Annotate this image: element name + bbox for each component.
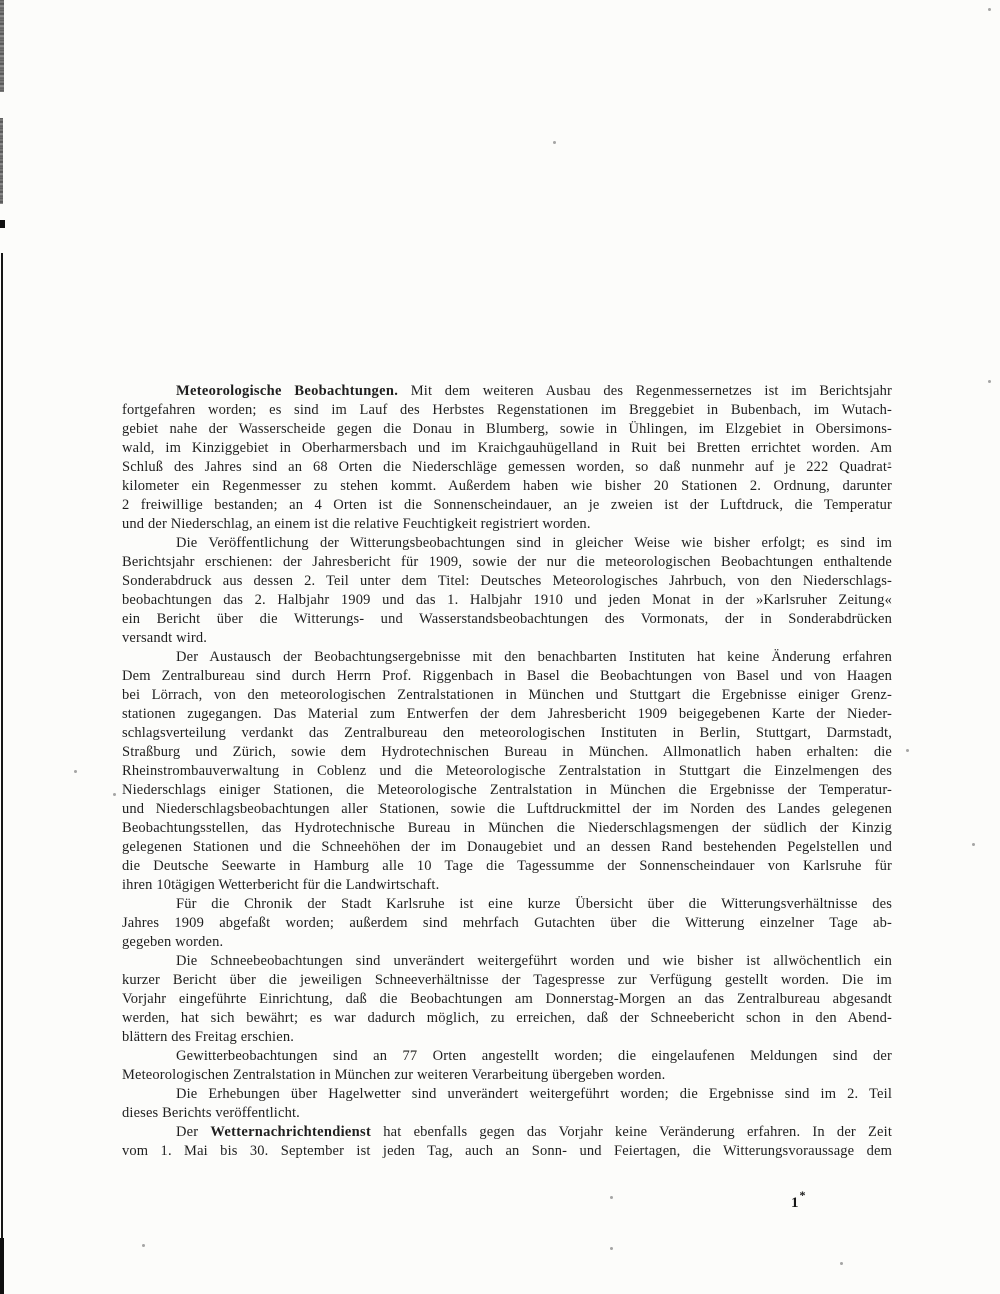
dust-speck-artifact xyxy=(988,380,991,383)
text-segment: Der xyxy=(176,1124,210,1140)
text-line: Gewitterbeobachtungen sind an 77 Orten a… xyxy=(122,1047,892,1066)
text-segment: Sonderabdruck aus dessen 2. Teil unter d… xyxy=(122,573,892,589)
text-segment: Berichtsjahr erschienen: der Jahresberic… xyxy=(122,554,892,570)
dust-speck-artifact xyxy=(610,1196,613,1199)
text-segment: blättern des Freitag erschien. xyxy=(122,1029,294,1045)
text-segment: und Niederschlagsbeobachtungen aller Sta… xyxy=(122,801,892,817)
text-line: schlagsverteilung verdankt das Zentralbu… xyxy=(122,724,892,743)
dust-speck-artifact xyxy=(840,1262,843,1265)
text-line: kurzer Bericht über die jeweiligen Schne… xyxy=(122,971,892,990)
paragraph: Der Wetternachrichtendienst hat ebenfall… xyxy=(122,1123,892,1161)
text-line: ihren 10tägigen Wetterbericht für die La… xyxy=(122,876,892,895)
text-line: Jahres 1909 abgefaßt worden; außerdem si… xyxy=(122,914,892,933)
text-line: Niederschlags einiger Stationen, die Met… xyxy=(122,781,892,800)
text-segment: Der Austausch der Beobachtungsergebnisse… xyxy=(176,649,892,665)
text-segment: gegeben worden. xyxy=(122,934,223,950)
binding-edge-artifact xyxy=(0,220,5,228)
text-segment: fortgefahren worden; es sind im Lauf des… xyxy=(122,402,892,418)
text-segment: gebiet nahe der Wasserscheide gegen die … xyxy=(122,421,892,437)
text-line: Für die Chronik der Stadt Karlsruhe ist … xyxy=(122,895,892,914)
text-segment: hat ebenfalls gegen das Vorjahr keine Ve… xyxy=(371,1124,892,1140)
text-line: Meteorologischen Zentralstation in Münch… xyxy=(122,1066,892,1085)
paragraph: Der Austausch der Beobachtungsergebnisse… xyxy=(122,648,892,895)
dust-speck-artifact xyxy=(972,843,975,846)
binding-edge-artifact xyxy=(0,1238,4,1294)
text-line: Meteorologische Beobachtungen. Mit dem w… xyxy=(122,382,892,401)
text-line: gelegenen Stationen und die Schneehöhen … xyxy=(122,838,892,857)
text-segment: dieses Berichts veröffentlicht. xyxy=(122,1105,300,1121)
text-segment: Beobachtungsstellen, das Hydrotechnische… xyxy=(122,820,892,836)
text-segment: Vorjahr eingeführte Einrichtung, daß die… xyxy=(122,991,892,1007)
text-line: und Niederschlagsbeobachtungen aller Sta… xyxy=(122,800,892,819)
text-line: gebiet nahe der Wasserscheide gegen die … xyxy=(122,420,892,439)
text-line: und der Niederschlag, an einem ist die r… xyxy=(122,515,892,534)
binding-edge-artifact xyxy=(0,118,3,204)
dust-speck-artifact xyxy=(74,770,77,773)
text-line: wald, im Kinziggebiet in Oberharmersbach… xyxy=(122,439,892,458)
text-line: Rheinstrombauverwaltung in Coblenz und d… xyxy=(122,762,892,781)
text-line: Schluß des Jahres sind an 68 Orten die N… xyxy=(122,458,892,477)
signature-mark: 1* xyxy=(791,1190,805,1212)
text-line: Der Wetternachrichtendienst hat ebenfall… xyxy=(122,1123,892,1142)
text-segment: vom 1. Mai bis 30. September ist jeden T… xyxy=(122,1143,892,1159)
text-line: bei Lörrach, von den meteorologischen Ze… xyxy=(122,686,892,705)
text-segment: werden, hat sich bewährt; es war dadurch… xyxy=(122,1010,892,1026)
text-segment: kurzer Bericht über die jeweiligen Schne… xyxy=(122,972,892,988)
text-line: vom 1. Mai bis 30. September ist jeden T… xyxy=(122,1142,892,1161)
paragraph: Gewitterbeobachtungen sind an 77 Orten a… xyxy=(122,1047,892,1085)
text-segment: und der Niederschlag, an einem ist die r… xyxy=(122,516,591,532)
text-line: gegeben worden. xyxy=(122,933,892,952)
text-segment: Schluß des Jahres sind an 68 Orten die N… xyxy=(122,459,892,475)
text-line: Vorjahr eingeführte Einrichtung, daß die… xyxy=(122,990,892,1009)
text-segment: versandt wird. xyxy=(122,630,207,646)
text-segment: Mit dem weiteren Ausbau des Regenmessern… xyxy=(398,383,892,399)
text-segment: Meteorologischen Zentralstation in Münch… xyxy=(122,1067,665,1083)
text-segment: Rheinstrombauverwaltung in Coblenz und d… xyxy=(122,763,892,779)
text-segment: Die Erhebungen über Hagelwetter sind unv… xyxy=(176,1086,892,1102)
text-line: kilometer ein Regenmesser zu stehen komm… xyxy=(122,477,892,496)
text-segment: stationen zugegangen. Das Material zum E… xyxy=(122,706,892,722)
text-segment: ein Bericht über die Witterungs- und Was… xyxy=(122,611,892,627)
scanned-document-page: Meteorologische Beobachtungen. Mit dem w… xyxy=(0,0,1000,1294)
text-segment: die Deutsche Seewarte in Hamburg alle 10… xyxy=(122,858,892,874)
dust-speck-artifact xyxy=(142,1244,145,1247)
text-segment: Dem Zentralbureau sind durch Herrn Prof.… xyxy=(122,668,892,684)
paragraph: Die Veröffentlichung der Witterungsbeoba… xyxy=(122,534,892,648)
text-line: versandt wird. xyxy=(122,629,892,648)
text-segment: 2 freiwillige bestanden; an 4 Orten ist … xyxy=(122,497,892,513)
dust-speck-artifact xyxy=(553,141,556,144)
text-line: ein Bericht über die Witterungs- und Was… xyxy=(122,610,892,629)
dust-speck-artifact xyxy=(113,793,116,796)
text-line: Berichtsjahr erschienen: der Jahresberic… xyxy=(122,553,892,572)
text-line: Die Schneebeobachtungen sind unverändert… xyxy=(122,952,892,971)
text-segment: Gewitterbeobachtungen sind an 77 Orten a… xyxy=(176,1048,892,1064)
paragraph: Für die Chronik der Stadt Karlsruhe ist … xyxy=(122,895,892,952)
text-line: stationen zugegangen. Das Material zum E… xyxy=(122,705,892,724)
text-segment: Straßburg und Zürich, sowie dem Hydrotec… xyxy=(122,744,892,760)
signature-star-icon: * xyxy=(800,1188,806,1202)
text-segment: Niederschlags einiger Stationen, die Met… xyxy=(122,782,892,798)
text-segment: Die Schneebeobachtungen sind unverändert… xyxy=(176,953,892,969)
text-segment: ihren 10tägigen Wetterbericht für die La… xyxy=(122,877,439,893)
binding-edge-artifact xyxy=(0,0,4,92)
text-line: Der Austausch der Beobachtungsergebnisse… xyxy=(122,648,892,667)
text-line: die Deutsche Seewarte in Hamburg alle 10… xyxy=(122,857,892,876)
bold-text-segment: Wetternachrichtendienst xyxy=(210,1124,371,1140)
binding-edge-artifact xyxy=(1,253,3,1240)
paragraph: Meteorologische Beobachtungen. Mit dem w… xyxy=(122,382,892,534)
text-line: Beobachtungsstellen, das Hydrotechnische… xyxy=(122,819,892,838)
text-segment: schlagsverteilung verdankt das Zentralbu… xyxy=(122,725,892,741)
text-line: werden, hat sich bewährt; es war dadurch… xyxy=(122,1009,892,1028)
text-line: blättern des Freitag erschien. xyxy=(122,1028,892,1047)
text-segment: kilometer ein Regenmesser zu stehen komm… xyxy=(122,478,892,494)
text-segment: beobachtungen das 2. Halbjahr 1909 und d… xyxy=(122,592,892,608)
text-segment: bei Lörrach, von den meteorologischen Ze… xyxy=(122,687,892,703)
dust-speck-artifact xyxy=(610,1247,613,1250)
dust-speck-artifact xyxy=(906,749,909,752)
text-line: Dem Zentralbureau sind durch Herrn Prof.… xyxy=(122,667,892,686)
text-segment: gelegenen Stationen und die Schneehöhen … xyxy=(122,839,892,855)
text-segment: Jahres 1909 abgefaßt worden; außerdem si… xyxy=(122,915,892,931)
text-line: Sonderabdruck aus dessen 2. Teil unter d… xyxy=(122,572,892,591)
text-line: dieses Berichts veröffentlicht. xyxy=(122,1104,892,1123)
document-text-block: Meteorologische Beobachtungen. Mit dem w… xyxy=(122,382,892,1161)
paragraph: Die Erhebungen über Hagelwetter sind unv… xyxy=(122,1085,892,1123)
text-segment: Die Veröffentlichung der Witterungsbeoba… xyxy=(176,535,892,551)
text-line: beobachtungen das 2. Halbjahr 1909 und d… xyxy=(122,591,892,610)
text-line: fortgefahren worden; es sind im Lauf des… xyxy=(122,401,892,420)
text-segment: Für die Chronik der Stadt Karlsruhe ist … xyxy=(176,896,892,912)
paragraph: Die Schneebeobachtungen sind unverändert… xyxy=(122,952,892,1047)
text-segment: wald, im Kinziggebiet in Oberharmersbach… xyxy=(122,440,892,456)
text-line: Straßburg und Zürich, sowie dem Hydrotec… xyxy=(122,743,892,762)
dust-speck-artifact xyxy=(988,8,991,11)
text-line: Die Erhebungen über Hagelwetter sind unv… xyxy=(122,1085,892,1104)
text-line: Die Veröffentlichung der Witterungsbeoba… xyxy=(122,534,892,553)
signature-number: 1 xyxy=(791,1195,799,1211)
bold-text-segment: Meteorologische Beobachtungen. xyxy=(176,383,398,399)
text-line: 2 freiwillige bestanden; an 4 Orten ist … xyxy=(122,496,892,515)
